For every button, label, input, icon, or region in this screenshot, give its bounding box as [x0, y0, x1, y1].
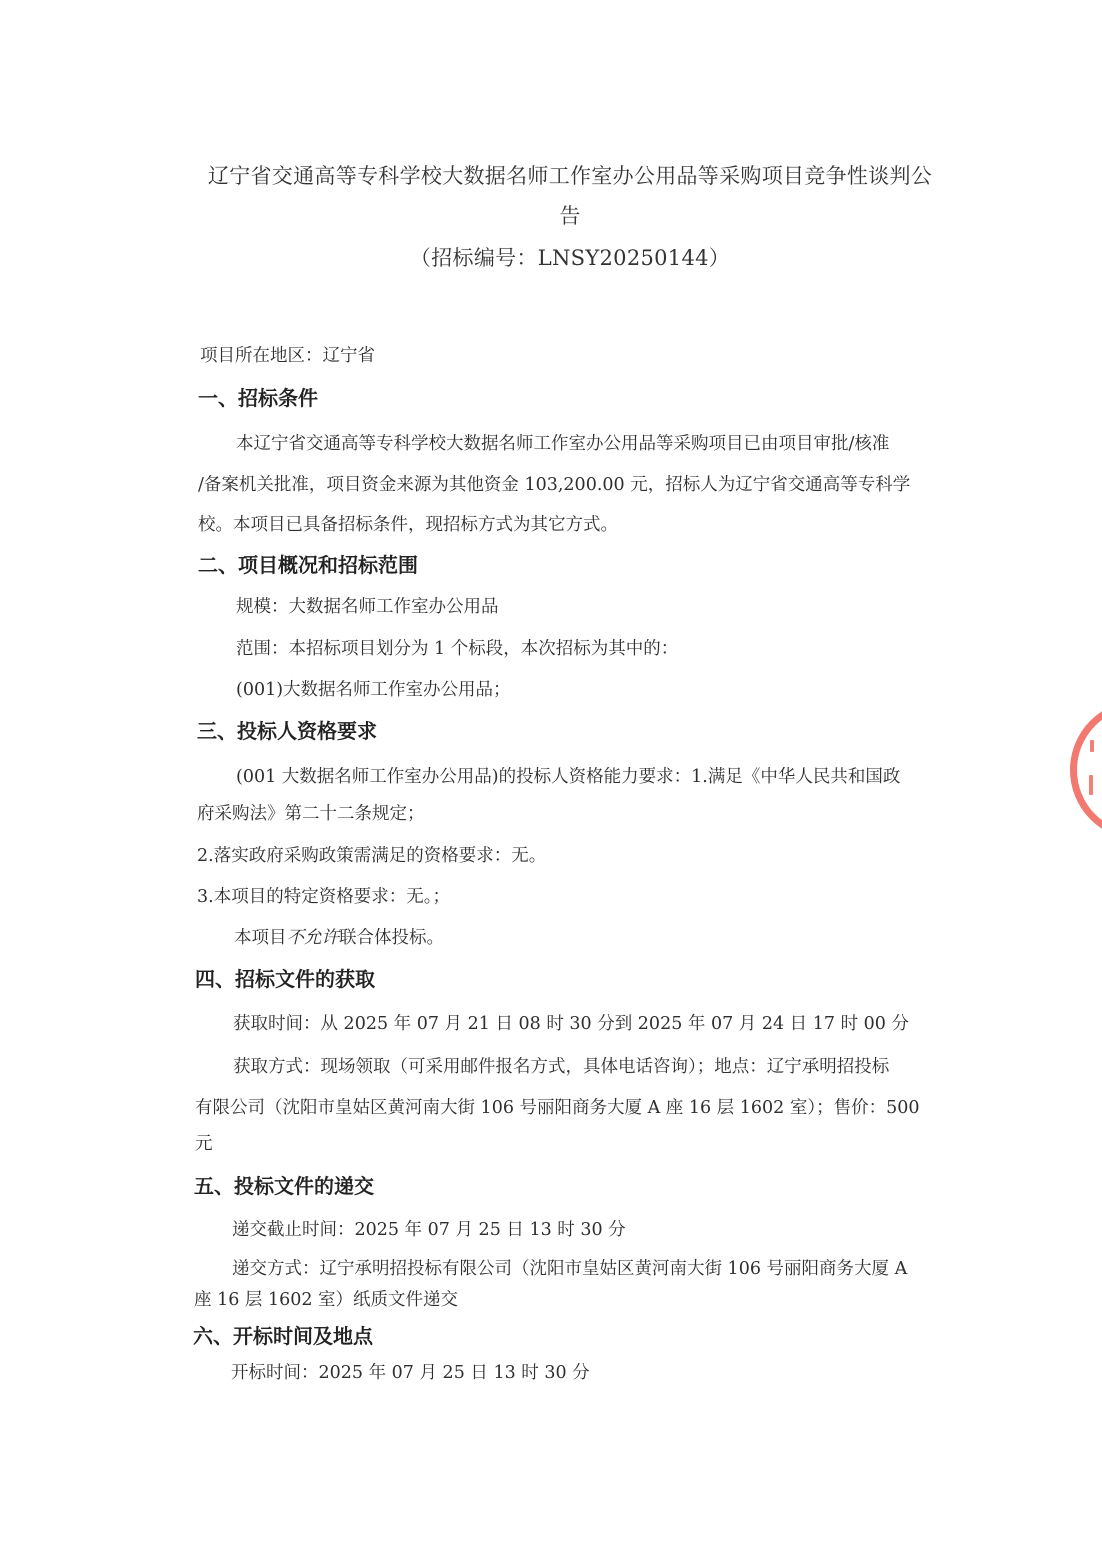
- section-heading-4: 四、招标文件的获取: [195, 963, 375, 992]
- tender-number: （招标编号：LNSY20250144）: [200, 242, 940, 272]
- section-3-line-3: 2.落实政府采购政策需满足的资格要求：无。: [197, 842, 546, 867]
- section-5-line-3: 座 16 层 1602 室）纸质文件递交: [194, 1286, 458, 1311]
- section-5-line-1: 递交截止时间：2025 年 07 月 25 日 13 时 30 分: [232, 1216, 626, 1241]
- section-4-line-2: 获取方式：现场领取（可采用邮件报名方式，具体电话咨询）；地点：辽宁承明招投标: [233, 1053, 889, 1078]
- section-4-line-4: 元: [195, 1130, 213, 1155]
- section-3-line-4: 3.本项目的特定资格要求：无。；: [197, 883, 450, 908]
- section-4-line-1: 获取时间：从 2025 年 07 月 21 日 08 时 30 分到 2025 …: [233, 1010, 909, 1035]
- seal-mark: [1090, 740, 1094, 752]
- seal-mark: [1089, 775, 1093, 795]
- document-title-line-2: 告: [200, 200, 940, 230]
- section-heading-5: 五、投标文件的递交: [194, 1170, 374, 1199]
- joint-bid-statement: 本项目不允许联合体投标。: [234, 924, 444, 949]
- section-1-line-1: 本辽宁省交通高等专科学校大数据名师工作室办公用品等采购项目已由项目审批/核准: [236, 430, 889, 455]
- section-6-line-1: 开标时间：2025 年 07 月 25 日 13 时 30 分: [231, 1359, 590, 1384]
- section-5-line-2: 递交方式：辽宁承明招投标有限公司（沈阳市皇姑区黄河南大街 106 号丽阳商务大厦…: [232, 1255, 907, 1280]
- section-1-line-3: 校。本项目已具备招标条件，现招标方式为其它方式。: [198, 511, 618, 536]
- section-1-line-2: /备案机关批准，项目资金来源为其他资金 103,200.00 元，招标人为辽宁省…: [198, 471, 910, 496]
- section-2-line-2: 范围：本招标项目划分为 1 个标段，本次招标为其中的：: [236, 635, 678, 660]
- section-heading-2: 二、项目概况和招标范围: [198, 549, 418, 578]
- section-heading-1: 一、招标条件: [198, 382, 318, 411]
- section-2-line-3: (001)大数据名师工作室办公用品；: [236, 676, 511, 701]
- joint-bid-prefix: 本项目: [234, 928, 287, 948]
- document-title-line-1: 辽宁省交通高等专科学校大数据名师工作室办公用品等采购项目竞争性谈判公: [200, 160, 940, 190]
- section-heading-6: 六、开标时间及地点: [193, 1320, 373, 1349]
- section-4-line-3: 有限公司（沈阳市皇姑区黄河南大街 106 号丽阳商务大厦 A 座 16 层 16…: [195, 1094, 920, 1119]
- project-region: 项目所在地区：辽宁省: [200, 342, 375, 367]
- joint-bid-emphasis: 不允许: [287, 928, 340, 948]
- section-heading-3: 三、投标人资格要求: [197, 715, 377, 744]
- document-page: 辽宁省交通高等专科学校大数据名师工作室办公用品等采购项目竞争性谈判公 告 （招标…: [0, 0, 1102, 1557]
- official-seal-stamp: [1070, 700, 1102, 840]
- section-3-line-1: (001 大数据名师工作室办公用品)的投标人资格能力要求：1.满足《中华人民共和…: [236, 763, 900, 788]
- section-3-line-2: 府采购法》第二十二条规定；: [197, 800, 425, 825]
- section-2-line-1: 规模：大数据名师工作室办公用品: [236, 593, 499, 618]
- joint-bid-suffix: 联合体投标。: [339, 928, 444, 948]
